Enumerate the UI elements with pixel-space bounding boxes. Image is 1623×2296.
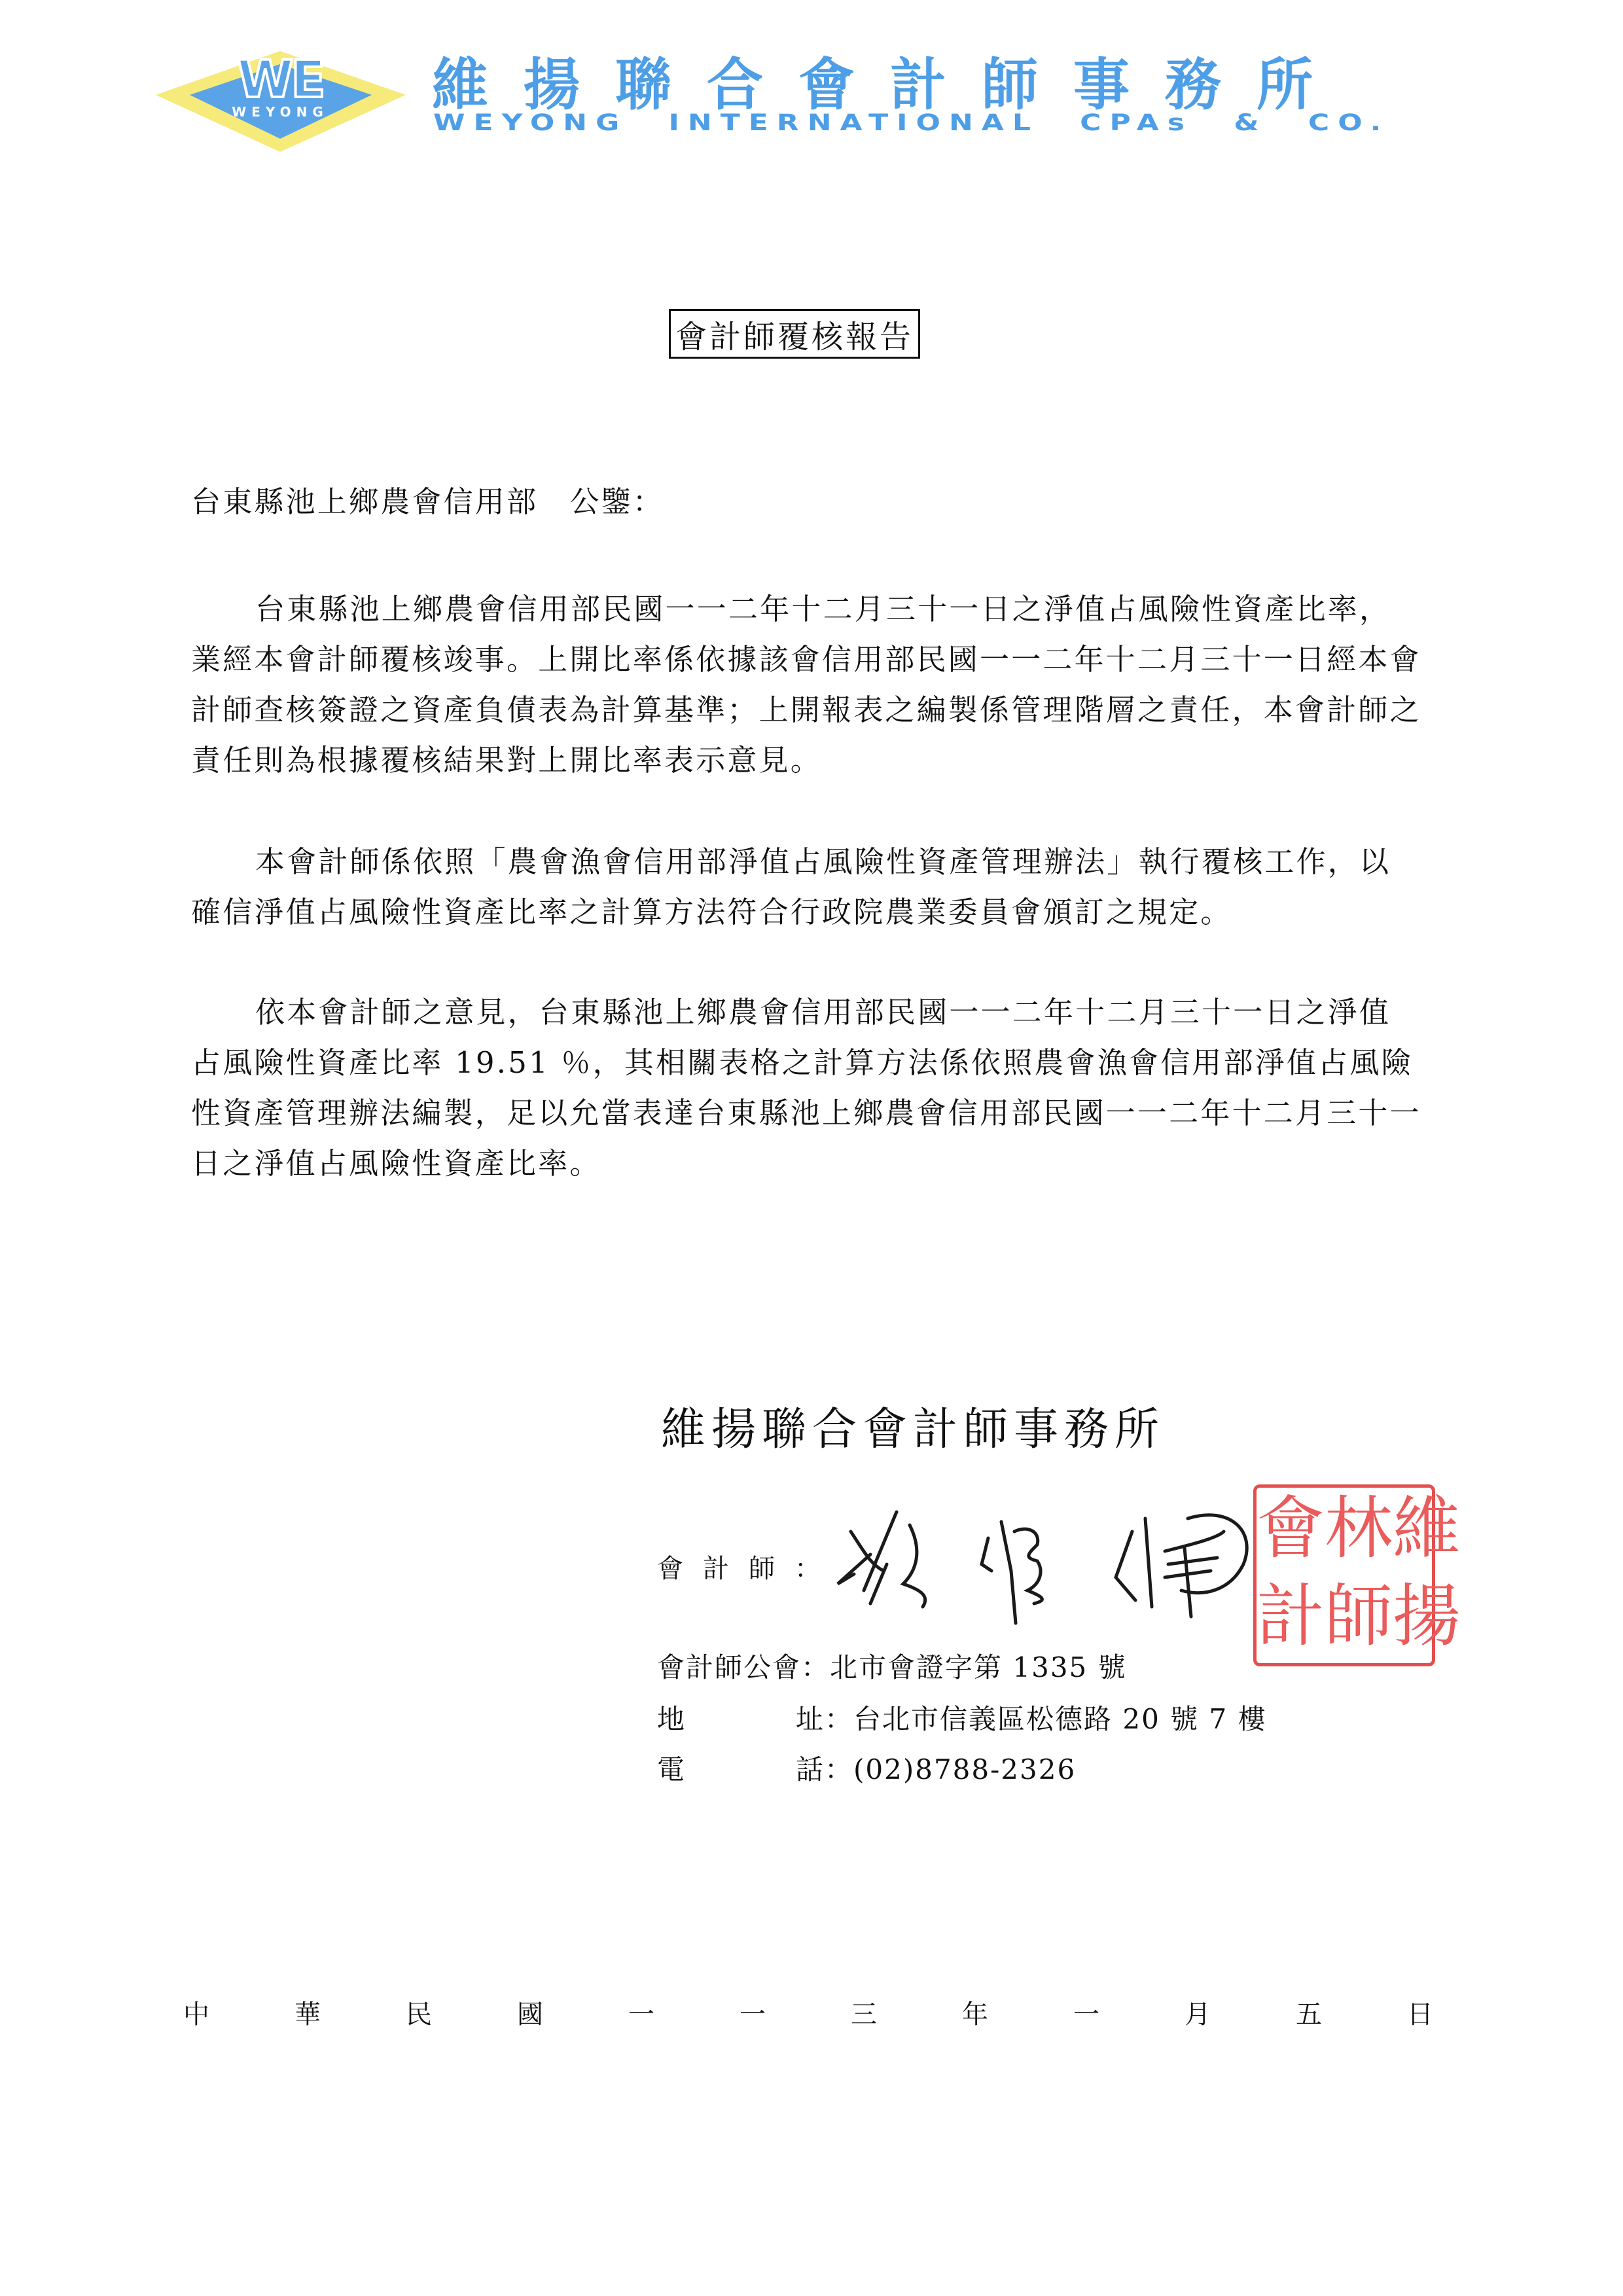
report-title-text: 會計師覆核報告 — [675, 312, 914, 357]
seal-char: 維 — [1393, 1488, 1461, 1575]
phone-value: (02)8788-2326 — [853, 1753, 1076, 1785]
date-char: 五 — [1296, 1994, 1322, 2031]
letterhead-firm-name-en: WEYONG INTERNATIONAL CPAs & CO. — [433, 110, 1389, 137]
address-label: 地址 — [657, 1698, 825, 1737]
cpa-license-label: 會計師公會 — [657, 1651, 801, 1683]
paragraph-line: 日之淨值占風險性資產比率。 — [191, 1138, 1435, 1189]
address-label-char: 地 — [657, 1698, 686, 1737]
date-char: 年 — [962, 1994, 988, 2031]
colon: ： — [825, 1753, 853, 1785]
date-char: 月 — [1185, 1994, 1211, 2031]
report-date: 中 華 民 國 一 一 三 年 一 月 五 日 — [183, 1994, 1433, 2031]
date-char: 中 — [183, 1994, 209, 2031]
paragraph-line: 依本會計師之意見，台東縣池上鄉農會信用部民國一一二年十二月三十一日之淨值 — [191, 987, 1435, 1037]
seal-char: 計 — [1257, 1575, 1325, 1663]
phone-label-char: 電 — [657, 1748, 686, 1787]
signature-icon — [825, 1492, 1283, 1636]
seal-char: 揚 — [1393, 1575, 1461, 1663]
paragraph-line: 占風險性資產比率 19.51 ％，其相關表格之計算方法係依照農會漁會信用部淨值占… — [191, 1037, 1435, 1088]
paragraph-line: 確信淨值占風險性資產比率之計算方法符合行政院農業委員會頒訂之規定。 — [191, 887, 1435, 937]
cpa-red-seal: 會 林 維 計 師 揚 — [1253, 1484, 1435, 1666]
date-char: 三 — [851, 1994, 877, 2031]
seal-char: 會 — [1257, 1488, 1325, 1575]
cpa-handwritten-signature — [825, 1492, 1283, 1636]
report-title: 會計師覆核報告 — [669, 309, 920, 359]
colon: ： — [801, 1651, 830, 1683]
date-char: 一 — [628, 1994, 654, 2031]
paragraph-method: 本會計師係依照「農會漁會信用部淨值占風險性資產管理辦法」執行覆核工作，以 確信淨… — [191, 836, 1435, 937]
cpa-label: 會計師： — [657, 1548, 840, 1585]
seal-char: 林 — [1325, 1488, 1393, 1575]
salutation: 台東縣池上鄉農會信用部 公鑒： — [191, 476, 664, 527]
paragraph-scope: 台東縣池上鄉農會信用部民國一一二年十二月三十一日之淨值占風險性資產比率， 業經本… — [191, 584, 1435, 785]
address-label-char: 址 — [796, 1698, 825, 1737]
address-value: 台北市信義區松德路 20 號 7 樓 — [853, 1703, 1267, 1735]
paragraph-line: 本會計師係依照「農會漁會信用部淨值占風險性資產管理辦法」執行覆核工作，以 — [191, 836, 1435, 887]
seal-char: 師 — [1325, 1575, 1393, 1663]
paragraph-opinion: 依本會計師之意見，台東縣池上鄉農會信用部民國一一二年十二月三十一日之淨值 占風險… — [191, 987, 1435, 1189]
address-row: 地址：台北市信義區松德路 20 號 7 樓 — [657, 1698, 1267, 1737]
paragraph-line: 計師查核簽證之資產負債表為計算基準；上開報表之編製係管理階層之責任，本會計師之 — [191, 685, 1435, 735]
cpa-license-row: 會計師公會：北市會證字第 1335 號 — [657, 1646, 1127, 1685]
cpa-license-value: 北市會證字第 1335 號 — [830, 1651, 1127, 1683]
date-char: 國 — [517, 1994, 543, 2031]
date-char: 一 — [740, 1994, 766, 2031]
phone-label-char: 話 — [796, 1748, 825, 1787]
paragraph-line: 責任則為根據覆核結果對上開比率表示意見。 — [191, 735, 1435, 785]
paragraph-line: 台東縣池上鄉農會信用部民國一一二年十二月三十一日之淨值占風險性資產比率， — [191, 584, 1435, 634]
letterhead-firm-name-cn: 維揚聯合會計師事務所 — [432, 54, 1348, 117]
colon: ： — [825, 1703, 853, 1735]
paragraph-line: 業經本會計師覆核竣事。上開比率係依據該會信用部民國一一二年十二月三十一日經本會 — [191, 634, 1435, 685]
date-char: 民 — [406, 1994, 432, 2031]
signing-firm-name: 維揚聯合會計師事務所 — [661, 1401, 1165, 1460]
we-diamond-logo-icon: WE WEYONG — [149, 46, 411, 157]
date-char: 一 — [1073, 1994, 1099, 2031]
logo-we-text: WE — [237, 50, 323, 109]
date-char: 華 — [294, 1994, 321, 2031]
phone-row: 電話：(02)8788-2326 — [657, 1748, 1076, 1787]
paragraph-line: 性資產管理辦法編製，足以允當表達台東縣池上鄉農會信用部民國一一二年十二月三十一 — [191, 1088, 1435, 1138]
firm-logo: WE WEYONG — [149, 46, 411, 157]
logo-weyong-text: WEYONG — [232, 104, 329, 120]
phone-label: 電話 — [657, 1748, 825, 1787]
date-char: 日 — [1407, 1994, 1433, 2031]
